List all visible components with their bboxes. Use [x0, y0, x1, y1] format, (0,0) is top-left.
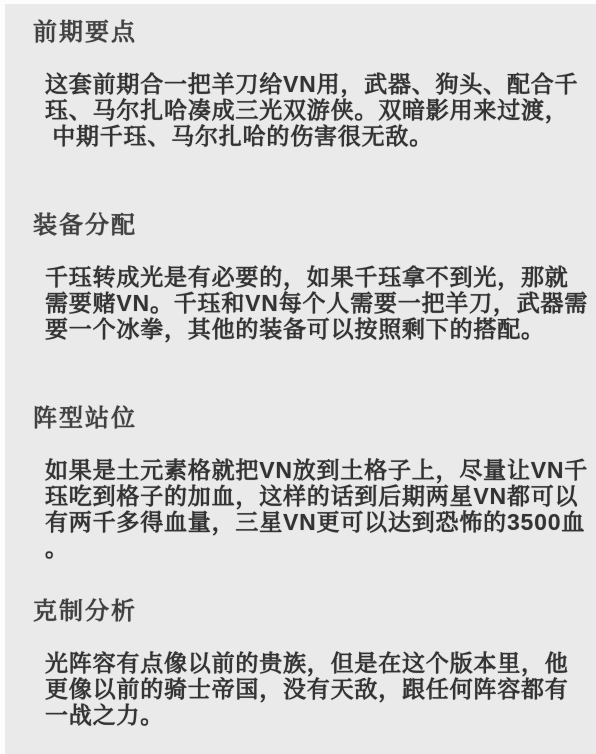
section-paragraph: 光阵容有点像以前的贵族，但是在这个版本里，他 更像以前的骑士帝国，没有天敌，跟任…: [33, 650, 576, 728]
section-formation-positioning: 阵型站位 如果是土元素格就把VN放到土格子上，尽量让VN千 珏吃到格子的加血，这…: [33, 406, 576, 561]
section-paragraph: 这套前期合一把羊刀给VN用，武器、狗头、配合千 珏、马尔扎哈凑成三光双游侠。双暗…: [33, 71, 576, 149]
section-paragraph: 千珏转成光是有必要的，如果千珏拿不到光，那就 需要赌VN。千珏和VN每个人需要一…: [33, 264, 576, 342]
section-counter-analysis: 克制分析 光阵容有点像以前的贵族，但是在这个版本里，他 更像以前的骑士帝国，没有…: [33, 599, 576, 728]
section-title-formation: 阵型站位: [33, 406, 576, 431]
paragraph-line: 。: [45, 535, 576, 561]
paragraph-line: 这套前期合一把羊刀给VN用，武器、狗头、配合千: [45, 71, 576, 97]
section-title-item-distribution: 装备分配: [33, 213, 576, 238]
paragraph-line: 珏、马尔扎哈凑成三光双游侠。双暗影用来过渡，: [45, 97, 576, 123]
paragraph-line: 一战之力。: [45, 702, 576, 728]
paragraph-line: 更像以前的骑士帝国，没有天敌，跟任何阵容都有: [45, 676, 576, 702]
guide-page: 前期要点 这套前期合一把羊刀给VN用，武器、狗头、配合千 珏、马尔扎哈凑成三光双…: [0, 0, 596, 754]
paragraph-line: 如果是土元素格就把VN放到土格子上，尽量让VN千: [45, 457, 576, 483]
paragraph-line: 有两千多得血量，三星VN更可以达到恐怖的3500血: [45, 509, 576, 535]
paragraph-line: 要一个冰拳，其他的装备可以按照剩下的搭配。: [45, 316, 576, 342]
paragraph-line: 需要赌VN。千珏和VN每个人需要一把羊刀，武器需: [45, 290, 576, 316]
section-early-game-points: 前期要点 这套前期合一把羊刀给VN用，武器、狗头、配合千 珏、马尔扎哈凑成三光双…: [33, 20, 576, 149]
paragraph-line: 光阵容有点像以前的贵族，但是在这个版本里，他: [45, 650, 576, 676]
section-title-early-game: 前期要点: [33, 20, 576, 45]
section-title-counter-analysis: 克制分析: [33, 599, 576, 624]
paragraph-line: 珏吃到格子的加血，这样的话到后期两星VN都可以: [45, 483, 576, 509]
paragraph-line: 中期千珏、马尔扎哈的伤害很无敌。: [45, 123, 576, 149]
paragraph-line: 千珏转成光是有必要的，如果千珏拿不到光，那就: [45, 264, 576, 290]
section-paragraph: 如果是土元素格就把VN放到土格子上，尽量让VN千 珏吃到格子的加血，这样的话到后…: [33, 457, 576, 561]
section-item-distribution: 装备分配 千珏转成光是有必要的，如果千珏拿不到光，那就 需要赌VN。千珏和VN每…: [33, 213, 576, 342]
